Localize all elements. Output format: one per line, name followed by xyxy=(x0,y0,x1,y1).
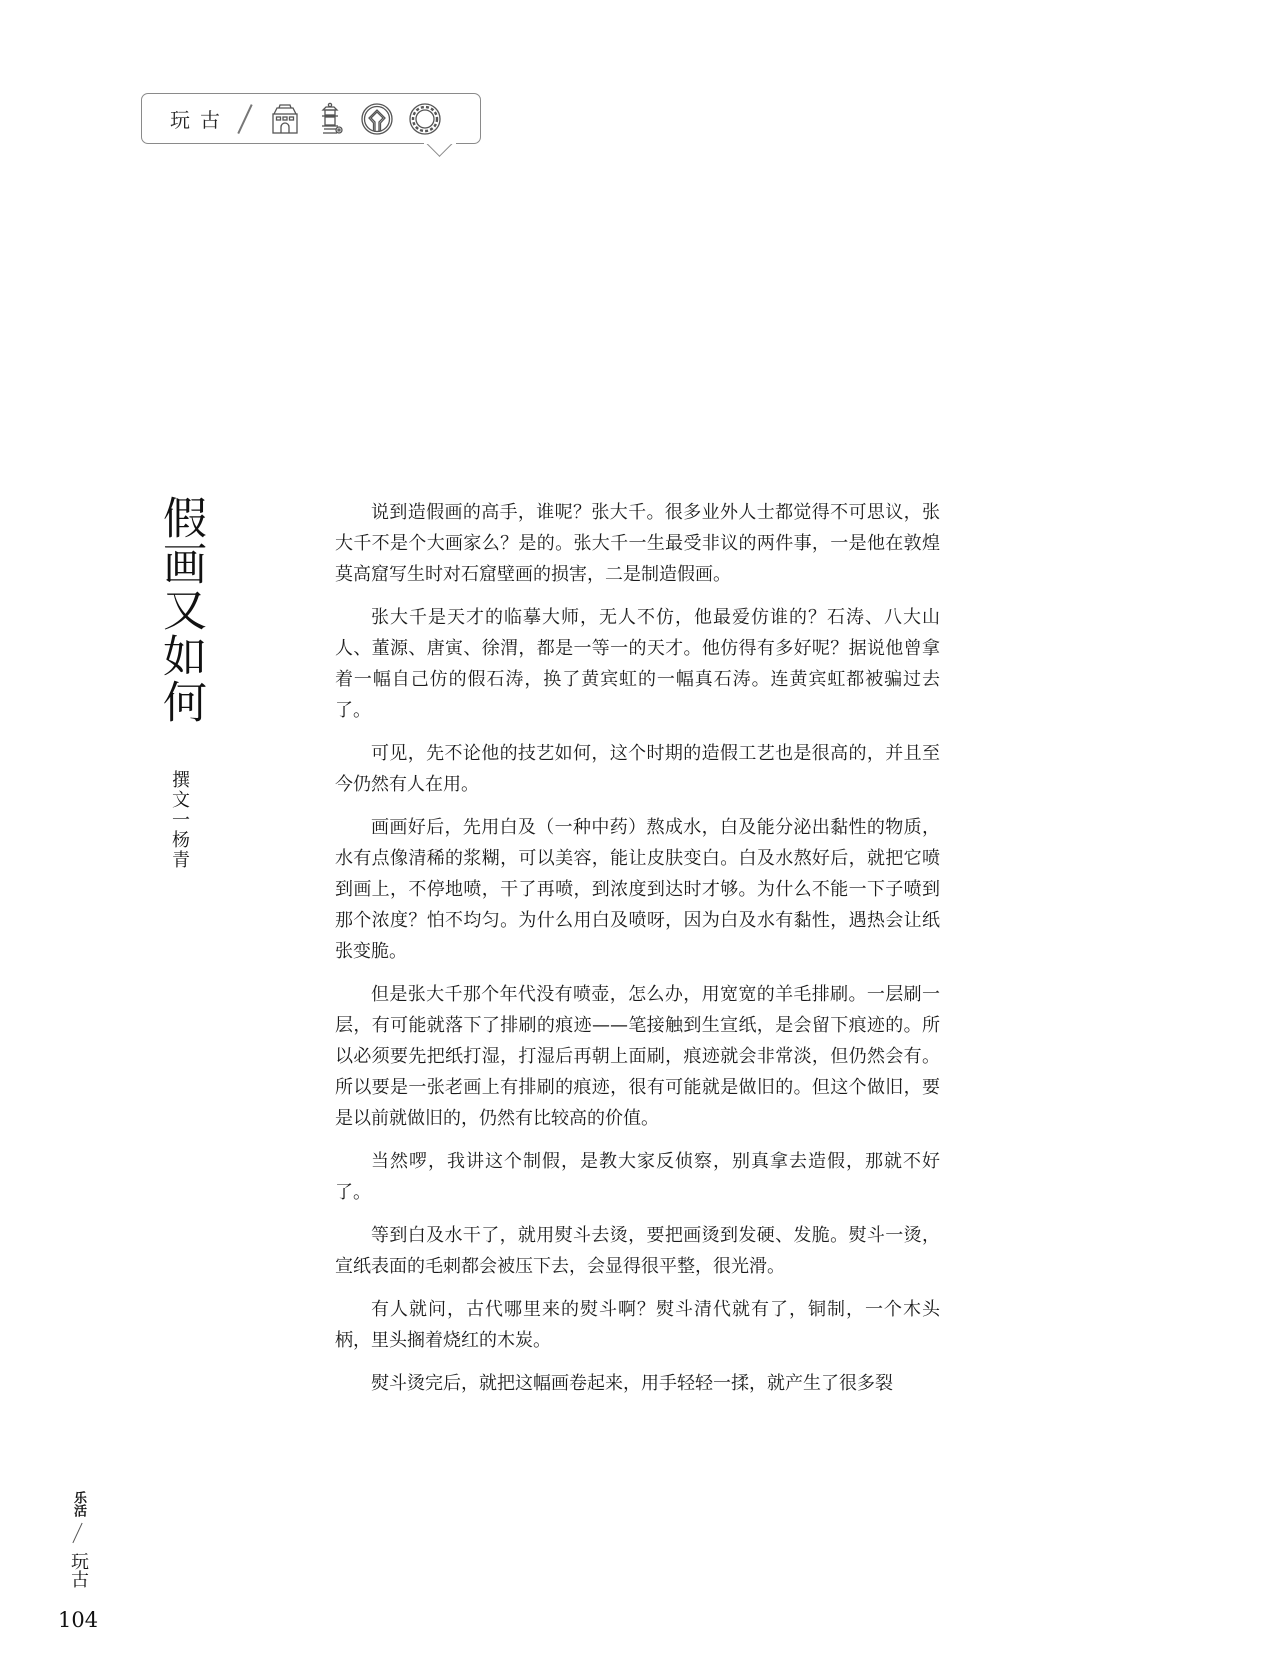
paragraph: 画画好后，先用白及（一种中药）熬成水，白及能分泌出黏性的物质，水有点像清稀的浆糊… xyxy=(335,812,940,967)
article-body: 说到造假画的高手，谁呢？张大千。很多业外人士都觉得不可思议，张大千不是个大画家么… xyxy=(335,497,940,1411)
paragraph: 可见，先不论他的技艺如何，这个时期的造假工艺也是很高的，并且至今仍然有人在用。 xyxy=(335,738,940,800)
section-label: 玩古 xyxy=(170,104,230,133)
paragraph: 张大千是天才的临摹大师，无人不仿，他最爱仿谁的？石涛、八大山人、董源、唐寅、徐渭… xyxy=(335,602,940,726)
paragraph: 有人就问，古代哪里来的熨斗啊？熨斗清代就有了，铜制，一个木头柄，里头搁着烧红的木… xyxy=(335,1294,940,1356)
article-title: 假画又如何 xyxy=(155,495,205,725)
paragraph: 等到白及水干了，就用熨斗去烫，要把画烫到发硬、发脆。熨斗一烫，宣纸表面的毛刺都会… xyxy=(335,1220,940,1282)
page-folio: 乐活 玩古 104 xyxy=(58,1488,98,1632)
paragraph: 但是张大千那个年代没有喷壶，怎么办，用宽宽的羊毛排刷。一层刷一层，有可能就落下了… xyxy=(335,979,940,1134)
pagoda-lantern-icon xyxy=(316,102,346,136)
folio-section-top: 乐活 xyxy=(71,1488,85,1520)
paragraph: 熨斗烫完后，就把这幅画卷起来，用手轻轻一揉，就产生了很多裂 xyxy=(335,1368,940,1399)
section-icon-group xyxy=(268,102,442,136)
folio-divider-slash xyxy=(73,1523,83,1543)
paragraph: 当然啰，我讲这个制假，是教大家反侦察，别真拿去造假，那就不好了。 xyxy=(335,1146,940,1208)
arch-circle-icon xyxy=(360,102,394,136)
article-byline: 撰文一杨青 xyxy=(160,770,190,870)
jade-ring-icon xyxy=(408,102,442,136)
page-number: 104 xyxy=(58,1608,98,1632)
paragraph: 说到造假画的高手，谁呢？张大千。很多业外人士都觉得不可思议，张大千不是个大画家么… xyxy=(335,497,940,590)
folio-section-bottom: 玩古 xyxy=(68,1548,88,1592)
tab-divider-slash xyxy=(237,104,252,134)
section-header-tab: 玩古 xyxy=(141,93,481,144)
palace-gate-icon xyxy=(268,102,302,136)
